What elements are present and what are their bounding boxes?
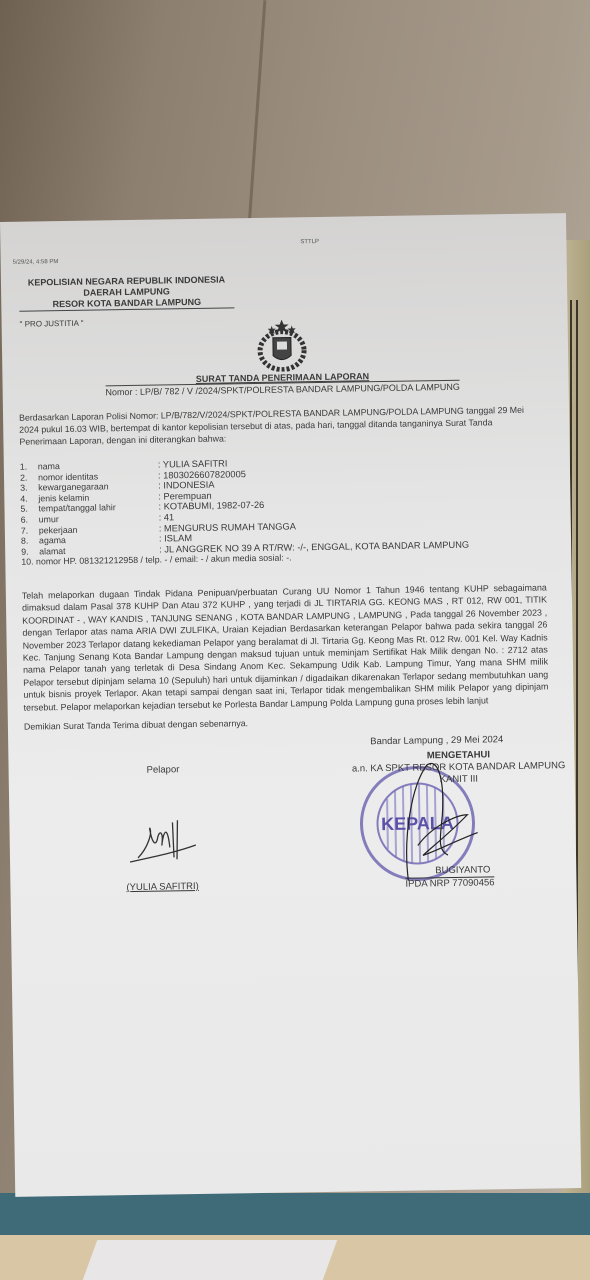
field-value: MENGURUS RUMAH TANGGA: [159, 521, 296, 534]
field-number: 8.: [21, 536, 39, 547]
officer-block: BUGIYANTO IPDA NRP 77090456: [405, 864, 494, 890]
field-value: 1803026607820005: [158, 469, 246, 481]
reporter-fields: 1.namaYULIA SAFITRI2.nomor identitas1803…: [20, 453, 562, 567]
incident-narrative: Telah melaporkan dugaan Tindak Pidana Pe…: [22, 581, 549, 713]
place-date: Bandar Lampung , 29 Mei 2024: [370, 734, 503, 747]
police-emblem-icon: [254, 317, 311, 372]
document-title-block: SURAT TANDA PENERIMAAN LAPORAN Nomor : L…: [92, 370, 472, 398]
field-number: 9.: [21, 546, 39, 557]
reporter-label: Pelapor: [147, 764, 180, 776]
form-code: STTLP: [300, 239, 319, 245]
field-number: 5.: [20, 504, 38, 515]
header-line-3: RESOR KOTA BANDAR LAMPUNG: [19, 296, 234, 311]
officer-rank-nrp: IPDA NRP 77090456: [405, 877, 494, 890]
white-paper-edge: [83, 1240, 338, 1280]
reporter-name: (YULIA SAFITRI): [126, 881, 198, 893]
field-number: 7.: [21, 525, 39, 536]
blue-folder: [0, 1193, 590, 1239]
reporter-signature-icon: [127, 817, 198, 868]
field-number: 6.: [21, 514, 39, 525]
field-number: 1.: [20, 461, 38, 472]
fabric-fold: [247, 0, 267, 240]
field-value: ISLAM: [159, 533, 192, 544]
intro-paragraph: Berdasarkan Laporan Polisi Nomor: LP/B/7…: [19, 404, 540, 448]
report-sheet: 5/29/24, 4:58 PM STTLP KEPOLISIAN NEGARA…: [0, 213, 581, 1197]
print-timestamp: 5/29/24, 4:58 PM: [13, 259, 59, 266]
pro-justitia: " PRO JUSTITIA ": [20, 319, 84, 329]
field-value: 41: [159, 512, 175, 523]
field-number: 2.: [20, 472, 38, 483]
field-number: 3.: [20, 483, 38, 494]
closing-statement: Demikian Surat Tanda Terima dibuat denga…: [24, 718, 248, 732]
agency-header: KEPOLISIAN NEGARA REPUBLIK INDONESIA DAE…: [19, 274, 235, 311]
field-value: KOTABUMI, 1982-07-26: [158, 500, 264, 512]
field-number: 4.: [20, 493, 38, 504]
